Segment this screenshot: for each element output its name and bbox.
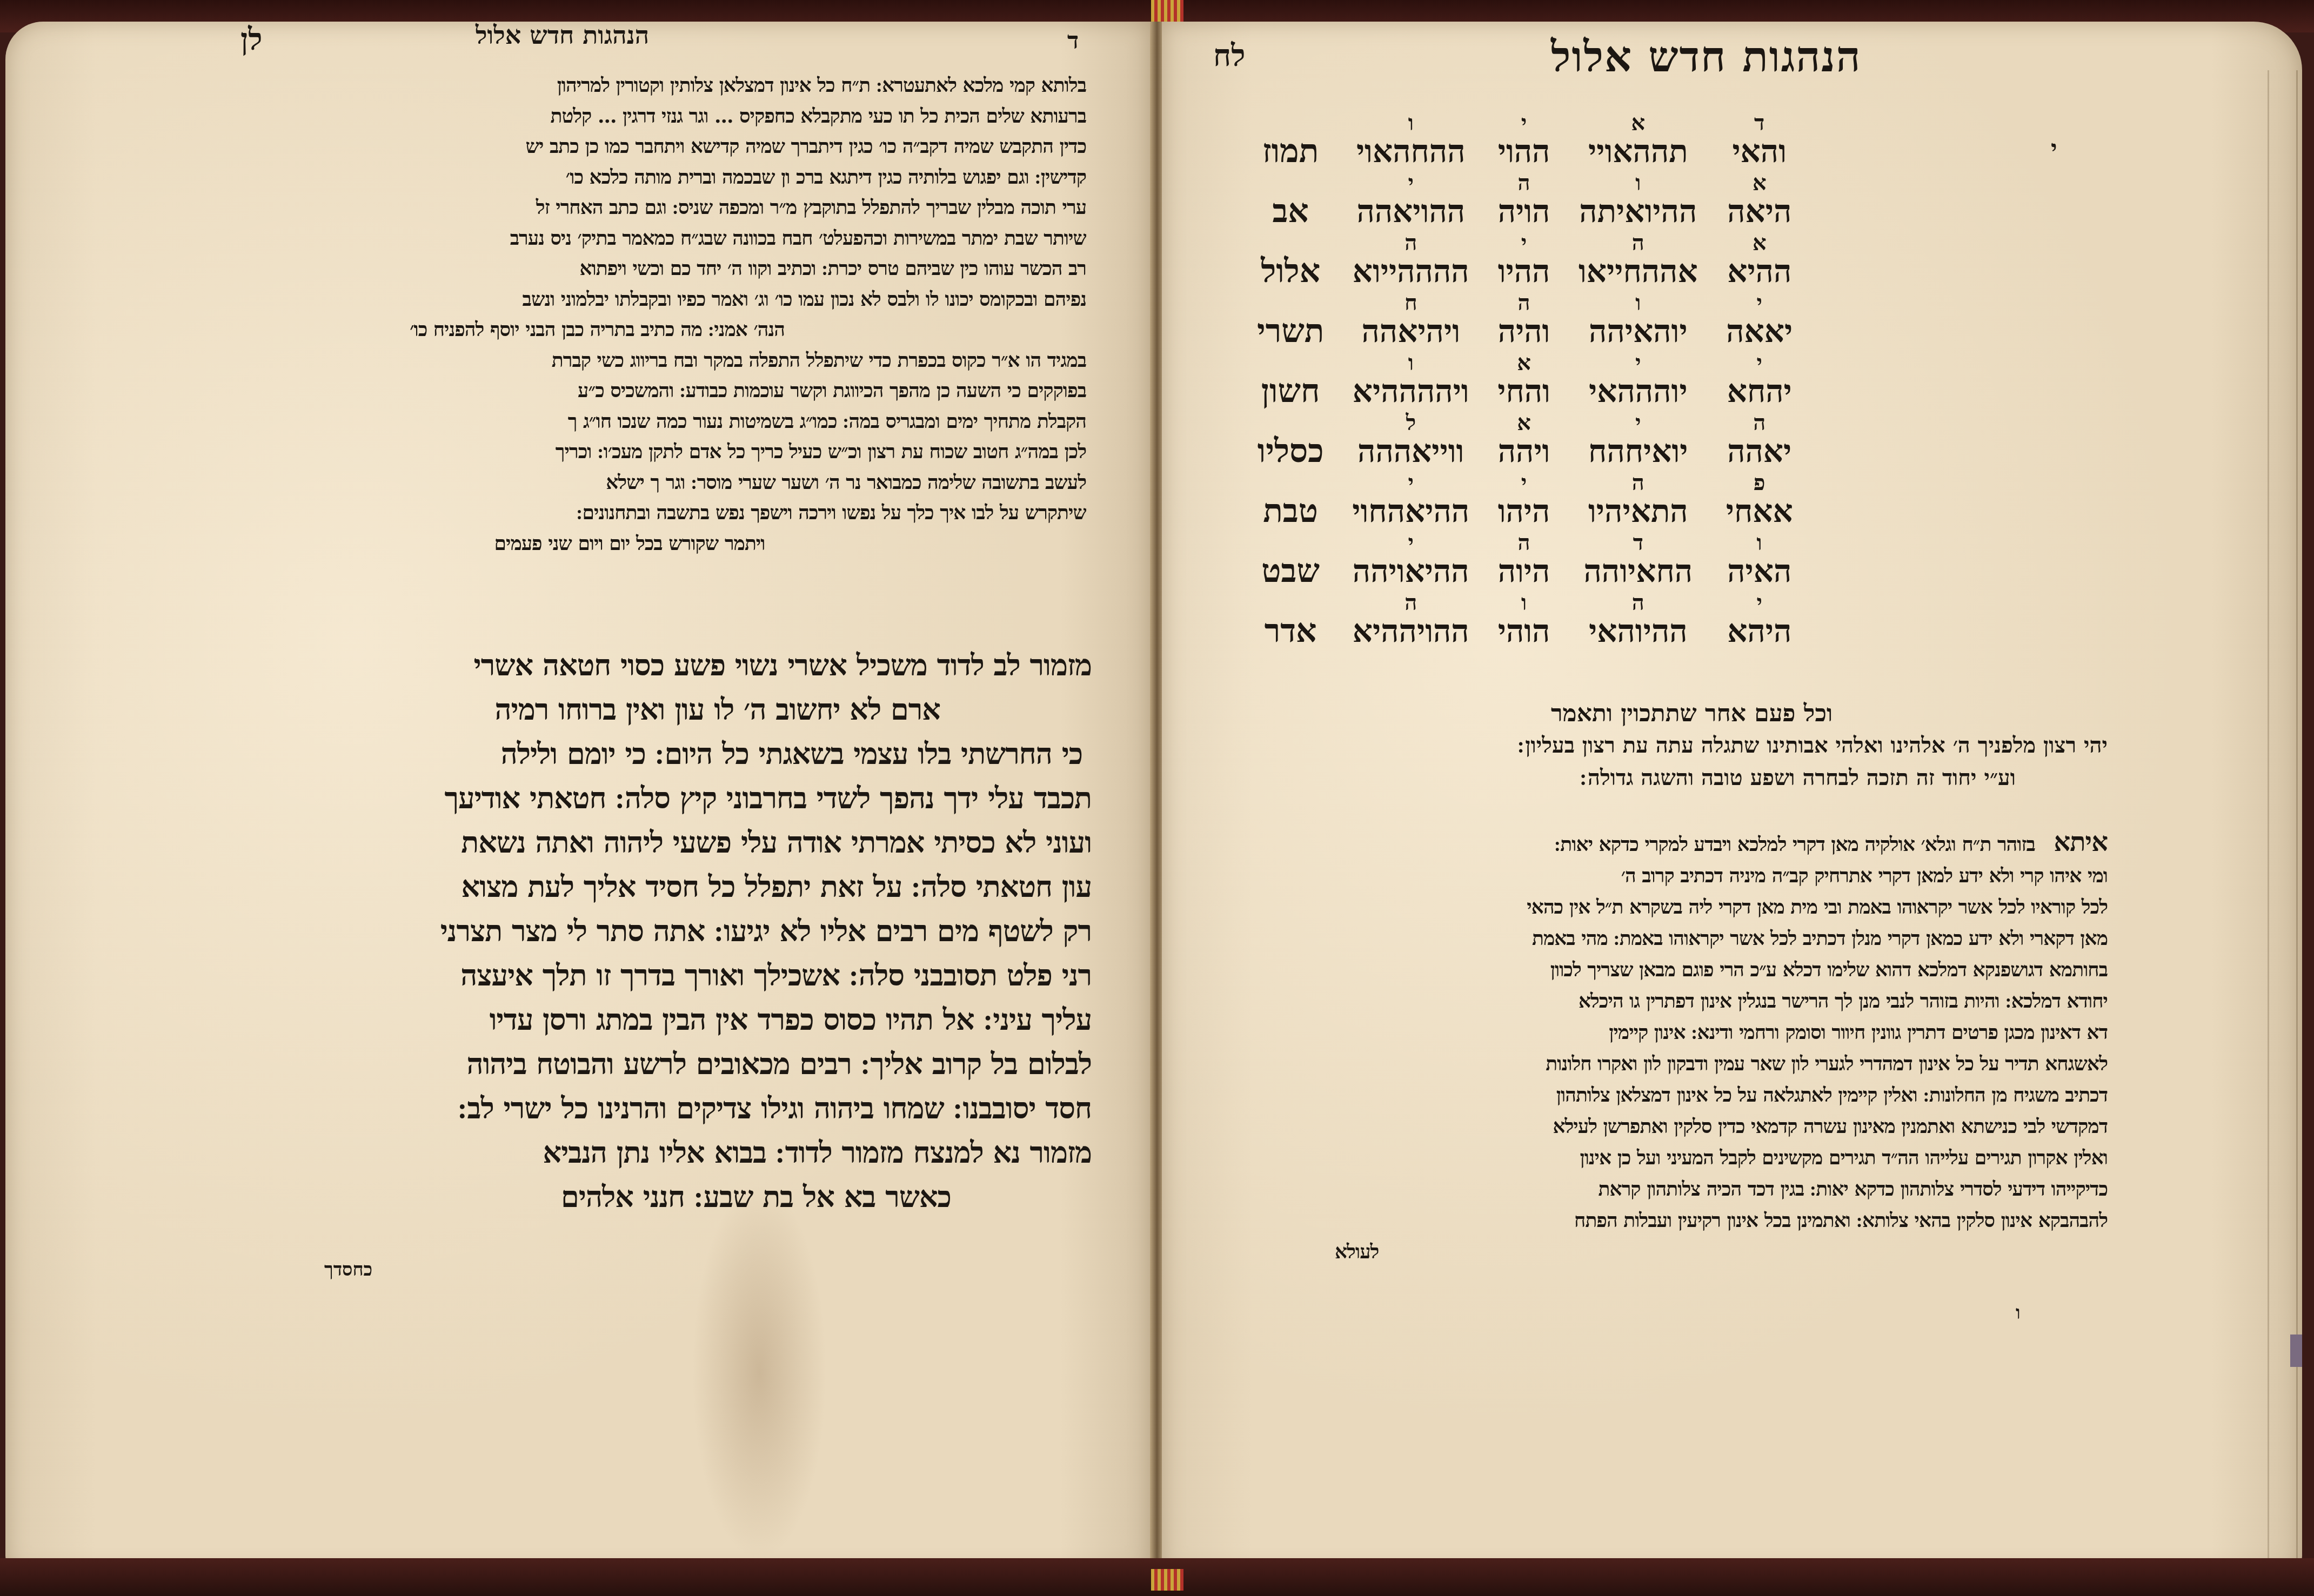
- name-combination: ההיאהחוי: [1352, 494, 1469, 528]
- superscript-letter: ו: [1521, 592, 1527, 614]
- name-combination: ויההההיא: [1353, 374, 1469, 408]
- month-name: תמוז: [1243, 108, 1338, 168]
- month-label: אב: [1272, 195, 1308, 228]
- commentary-line: שיותר שבת ימתר במשירות וכהפעלט׳ חבח בכוו…: [238, 223, 1086, 254]
- name-combination: יוהאיהה: [1589, 314, 1688, 348]
- name-combination: ההיוהאי: [1589, 614, 1688, 648]
- name-combination: יוהההאי: [1589, 374, 1688, 408]
- left-catchword: כחסדך: [324, 1259, 372, 1280]
- superscript-letter: ד: [1754, 112, 1764, 135]
- commentary-line: מאן דקארי ולא ידע כמאן דקרי מנלן דכתיב ל…: [1232, 923, 2108, 954]
- name-cell: אוהחי: [1483, 348, 1564, 408]
- name-combination: ההיואיתה: [1579, 195, 1697, 228]
- superscript-letter: י: [1408, 172, 1414, 195]
- superscript-letter: י: [1635, 412, 1641, 434]
- commentary-line: כדיקייהו דידעי לסדרי צלותהון כדקא יאות ׃…: [1232, 1173, 2108, 1205]
- commentary-line: רב הכשר עוהו כין שביהם טרס יכרת ׃ וכתיב …: [238, 253, 1086, 284]
- psalm-line: מזמור לב לדוד משכיל אשרי נשוי פשע כסוי ח…: [238, 643, 1092, 687]
- name-cell: ייאאה: [1712, 288, 1807, 348]
- psalm-line: ועוני לא כסיתי אמרתי אודה עלי פשעי ליהוה…: [238, 820, 1092, 864]
- name-combination: ההיא: [1727, 254, 1791, 288]
- month-name: תשרי: [1243, 288, 1338, 348]
- name-cell: ייהחא: [1712, 348, 1807, 408]
- superscript-letter: ו: [1757, 532, 1762, 554]
- month-label: חשון: [1261, 374, 1320, 408]
- commentary-line: ומי איהו קרי ולא ידע למאן דקרי אתרחיק קב…: [1232, 860, 2108, 891]
- month-label: תמוז: [1262, 135, 1319, 168]
- superscript-letter: פ: [1754, 472, 1765, 494]
- name-combination: התאיהיו: [1588, 494, 1688, 528]
- name-combination: והיה: [1498, 314, 1550, 348]
- psalm-line: רני פלט תסובבני סלה ׃ אשכילך ואורך בדרך …: [238, 953, 1092, 997]
- left-folio-mark: ד: [1067, 27, 1079, 55]
- commentary-line: יחודא דמלכא ׃ והיות בזוהר לנבי מנן לך הר…: [1232, 985, 2108, 1017]
- superscript-letter: ה: [1632, 472, 1644, 494]
- commentary-line: להבהבקא אינון סלקין בהאי צלותא ׃ ואתמינן…: [1232, 1205, 2108, 1236]
- commentary-line: לעולא: [1232, 1236, 2108, 1268]
- name-combination: והחי: [1497, 374, 1550, 408]
- superscript-letter: א: [1753, 172, 1767, 195]
- name-cell: יההיאהחוי: [1338, 468, 1483, 528]
- name-combination: אההחייאו: [1579, 254, 1698, 288]
- commentary-line: בפוקקים כי השעה כן מהפך הכיווגת וקשר עוכ…: [238, 375, 1086, 406]
- superscript-letter: ה: [1632, 232, 1644, 254]
- superscript-letter: א: [1753, 232, 1767, 254]
- name-combination: יאהה: [1727, 434, 1791, 468]
- name-cell: הההיוהאי: [1564, 588, 1712, 648]
- month-label: אלול: [1261, 254, 1320, 288]
- names-row: ייהחאייוהההאיאוהחיוויההההיאחשון: [1243, 348, 1807, 408]
- name-cell: ויוהאיהה: [1564, 288, 1712, 348]
- headband-top: [1151, 0, 1183, 22]
- superscript-letter: י: [1521, 472, 1527, 494]
- name-combination: היהא: [1727, 614, 1791, 648]
- name-combination: החאיוהה: [1583, 554, 1693, 588]
- superscript-letter: י: [1521, 232, 1527, 254]
- psalm-line: ארם לא יחשוב ה׳ לו עון ואין ברוחו רמיה: [238, 687, 1092, 732]
- psalm-line: לבלום בל קרוב אליך ׃ רבים מכאובים לרשע ו…: [238, 1042, 1092, 1086]
- name-combination: הוהי: [1498, 614, 1550, 648]
- name-combination: ההיאויהה: [1353, 554, 1469, 588]
- name-combination: יהחא: [1727, 374, 1792, 408]
- month-name: אב: [1243, 168, 1338, 228]
- name-combination: ההוי: [1498, 135, 1550, 168]
- left-commentary-block: בלותא קמי מלכא לאתעטרא ׃ ת״ח כל אינון דמ…: [238, 70, 1086, 559]
- superscript-letter: ו: [1408, 112, 1414, 135]
- superscript-letter: א: [1517, 412, 1531, 434]
- name-combination: היוה: [1498, 554, 1550, 588]
- commentary-line: לכל קוראיו לכל אשר יקראוהו באמת ובי מית …: [1232, 891, 2108, 923]
- superscript-letter: י: [1408, 532, 1414, 554]
- right-catchword: ו: [2016, 1302, 2021, 1324]
- commentary-line: לכן במה״ג חטוב שכוח עת רצון וכ״ש כעיל כר…: [238, 437, 1086, 467]
- name-combination: ההחהאוי: [1356, 135, 1466, 168]
- name-combination: ויהה: [1498, 434, 1550, 468]
- name-cell: יהיהא: [1712, 588, 1807, 648]
- psalm-line: כאשר בא אל בת שבע ׃ חנני אלהים: [238, 1175, 1092, 1219]
- name-cell: יהיהו: [1483, 468, 1564, 528]
- divine-names-table: דוהאיאתההאויייההויוההחהאויתמוזאהיאהוההיו…: [1243, 108, 1807, 648]
- headband-bottom: [1151, 1569, 1183, 1591]
- superscript-letter: ו: [1408, 352, 1414, 374]
- name-cell: ההיוה: [1483, 528, 1564, 588]
- left-running-head: הנהגות חדש אלול: [476, 21, 649, 50]
- month-name: טבת: [1243, 468, 1338, 528]
- page-tab: [2290, 1335, 2302, 1367]
- psalm-line: חסד יסובבנו ׃ שמחו ביהוה וגילו צדיקים וה…: [238, 1086, 1092, 1130]
- name-cell: פאאחי: [1712, 468, 1807, 528]
- month-name: אדר: [1243, 588, 1338, 648]
- names-row: יהיהאהההיוהאיוהוהיהההויההיאאדר: [1243, 588, 1807, 648]
- name-combination: האיה: [1727, 554, 1791, 588]
- name-cell: וההחהאוי: [1338, 108, 1483, 168]
- commentary-line: לאשגחא תדיר על כל אינון דמהדרי לגערי לון…: [1232, 1048, 2108, 1079]
- name-cell: וויההההיא: [1338, 348, 1483, 408]
- commentary-line: איתא בזוהר ת״ח וגלא׳ אולקיה מאן דקרי למל…: [1232, 827, 2108, 860]
- commentary-lead-word: איתא: [2054, 827, 2108, 857]
- commentary-line: נפיהם ובכקומס יכונו לו ולבס לא נכון עמו …: [238, 284, 1086, 315]
- name-cell: ההויה: [1483, 168, 1564, 228]
- commentary-line: בלותא קמי מלכא לאתעטרא ׃ ת״ח כל אינון דמ…: [238, 70, 1086, 101]
- superscript-letter: ה: [1518, 532, 1530, 554]
- name-combination: ויהיאהה: [1361, 314, 1460, 348]
- names-row: אהיאהוההיואיתהההויהיההויאההאב: [1243, 168, 1807, 228]
- commentary-center-line: הנה׳ אמני ׃ מה כתיב בתריה כבן הבני יוסף …: [238, 314, 1086, 345]
- name-combination: היאה: [1727, 195, 1791, 228]
- name-cell: חויהיאהה: [1338, 288, 1483, 348]
- name-combination: והאי: [1732, 135, 1787, 168]
- superscript-letter: ה: [1405, 232, 1417, 254]
- name-cell: יההיו: [1483, 228, 1564, 288]
- commentary-line: שיתקרש על לבו איך כלך על נפשו וירכה וישפ…: [238, 498, 1086, 528]
- month-name: כסליו: [1243, 408, 1338, 468]
- psalm-line: רק לשטף מים רבים אליו לא יגיעו ׃ אתה סתר…: [238, 909, 1092, 953]
- name-cell: יההיאויהה: [1338, 528, 1483, 588]
- names-row: פאאחיההתאיהיויהיהויההיאהחויטבת: [1243, 468, 1807, 528]
- superscript-letter: י: [1408, 472, 1414, 494]
- commentary-line: ואלין אקרון תגירים עלייהו הה״ד תגירים מק…: [1232, 1142, 2108, 1173]
- superscript-letter: ל: [1406, 412, 1416, 434]
- commentary-line: ויתמר שקורש בכל יום ויום שני פעמים: [238, 528, 1086, 559]
- superscript-letter: א: [1631, 112, 1645, 135]
- names-row: אההיאהאההחייאויההיוהההההייואאלול: [1243, 228, 1807, 288]
- commentary-line: דא דאינון מכגן פרטים דתרין גוונין חיוור …: [1232, 1017, 2108, 1048]
- name-cell: יההוי: [1483, 108, 1564, 168]
- name-cell: ייואיחהח: [1564, 408, 1712, 468]
- month-label: כסליו: [1258, 434, 1324, 468]
- name-cell: לווייאההה: [1338, 408, 1483, 468]
- commentary-line: ערי תוכה מבלין שבריך להתפלל בתוקבץ מ״ר ו…: [238, 192, 1086, 223]
- month-name: אלול: [1243, 228, 1338, 288]
- superscript-letter: י: [1756, 352, 1762, 374]
- prayer-line: יהי רצון מלפניך ה׳ אלהינו ואלהי אבותינו …: [1286, 729, 2108, 762]
- name-cell: ההתאיהיו: [1564, 468, 1712, 528]
- name-cell: דהחאיוהה: [1564, 528, 1712, 588]
- name-combination: תההאויי: [1588, 135, 1688, 168]
- right-commentary-block: איתא בזוהר ת״ח וגלא׳ אולקיה מאן דקרי למל…: [1232, 827, 2108, 1268]
- name-combination: הויה: [1498, 195, 1550, 228]
- name-cell: אויהה: [1483, 408, 1564, 468]
- commentary-line: ברעותא שלים הכית כל תו כעי מתקבלא כחפקיס…: [238, 101, 1086, 132]
- name-cell: דוהאי: [1712, 108, 1807, 168]
- superscript-letter: ו: [1635, 172, 1641, 195]
- name-combination: ההההייוא: [1353, 254, 1469, 288]
- commentary-line: במגיד הו א״ר כקוס בכפרת כדי שיתפלל התפלה…: [238, 345, 1086, 376]
- superscript-letter: ה: [1753, 412, 1765, 434]
- name-combination: ווייאההה: [1357, 434, 1464, 468]
- superscript-letter: ד: [1633, 532, 1643, 554]
- marginal-mark: י: [2051, 135, 2057, 163]
- name-combination: ההיו: [1498, 254, 1550, 288]
- superscript-letter: ח: [1405, 292, 1417, 314]
- name-cell: האההחייאו: [1564, 228, 1712, 288]
- prayer-line: וע״י יחוד זה תזכה לבחרה ושפע טובה והשגה …: [1286, 762, 2108, 794]
- month-name: שבט: [1243, 528, 1338, 588]
- superscript-letter: ו: [1635, 292, 1641, 314]
- names-row: דוהאיאתההאויייההויוההחהאויתמוז: [1243, 108, 1807, 168]
- psalm-block: מזמור לב לדוד משכיל אשרי נשוי פשע כסוי ח…: [238, 643, 1092, 1219]
- name-combination: היהו: [1498, 494, 1550, 528]
- name-combination: ההויאהה: [1356, 195, 1465, 228]
- instruction-line: וכל פעם אחר שתתכוין ותאמר: [1551, 700, 1833, 727]
- right-page-title: הנהגות חדש אלול: [1551, 32, 1862, 82]
- prayer-block: יהי רצון מלפניך ה׳ אלהינו ואלהי אבותינו …: [1286, 729, 2108, 794]
- psalm-line: תכבד עלי ידך נהפך לשדי בחרבוני קיץ סלה ׃…: [238, 776, 1092, 820]
- commentary-line: דמקדשי לבי כנישתא ואתמנין מאינון עשרה קד…: [1232, 1111, 2108, 1142]
- name-cell: וההיואיתה: [1564, 168, 1712, 228]
- commentary-line: לעשב בתשובה שלימה כמבואר נר ה׳ ושער שערי…: [238, 467, 1086, 498]
- psalm-line: עון חטאתי סלה ׃ על זאת יתפלל כל חסיד אלי…: [238, 864, 1092, 909]
- name-cell: יההויאהה: [1338, 168, 1483, 228]
- superscript-letter: א: [1517, 352, 1531, 374]
- right-page-marker: לח: [1213, 38, 1245, 73]
- month-label: אדר: [1265, 614, 1317, 648]
- psalm-line: ׃ כי החרשתי בלו עצמי בשאגתי כל היום ׃ כי…: [238, 732, 1092, 776]
- superscript-letter: ה: [1632, 592, 1644, 614]
- name-cell: היאהה: [1712, 408, 1807, 468]
- commentary-line: קדישין ׃ וגם יפגוש בלותיה כגין דיתגא ברכ…: [238, 162, 1086, 193]
- name-cell: הוהיה: [1483, 288, 1564, 348]
- name-cell: והוהי: [1483, 588, 1564, 648]
- left-page-number: לן: [240, 22, 262, 57]
- superscript-letter: י: [1756, 292, 1762, 314]
- water-stain: [692, 1183, 827, 1561]
- month-name: חשון: [1243, 348, 1338, 408]
- month-label: תשרי: [1257, 314, 1324, 348]
- names-row: והאיהדהחאיוההההיוהיההיאויההשבט: [1243, 528, 1807, 588]
- psalm-line: מזמור נא למנצח מזמור לדוד ׃ בבוא אליו נת…: [238, 1130, 1092, 1175]
- names-row: ייאאהויוהאיהההוהיהחויהיאההתשרי: [1243, 288, 1807, 348]
- name-cell: אהיאה: [1712, 168, 1807, 228]
- name-combination: אאחי: [1726, 494, 1793, 528]
- month-label: טבת: [1263, 494, 1318, 528]
- name-cell: והאיה: [1712, 528, 1807, 588]
- month-label: שבט: [1261, 554, 1320, 588]
- commentary-line: הקבלת מתחיך ימים ומבגריס במה ׃ כמו״ג בשמ…: [238, 406, 1086, 437]
- psalm-line: עליך עיני ׃ אל תהיו כסוס כפרד אין הבין ב…: [238, 997, 1092, 1042]
- superscript-letter: י: [1521, 112, 1527, 135]
- name-cell: אתההאויי: [1564, 108, 1712, 168]
- name-cell: אההיא: [1712, 228, 1807, 288]
- name-cell: ייוהההאי: [1564, 348, 1712, 408]
- commentary-line: בחותמא דגושפנקא דמלכא דהוא שלימו דכלא ע״…: [1232, 954, 2108, 985]
- superscript-letter: ה: [1405, 592, 1417, 614]
- names-row: היאההייואיחהחאויההלווייאהההכסליו: [1243, 408, 1807, 468]
- superscript-letter: י: [1756, 592, 1762, 614]
- superscript-letter: ה: [1518, 172, 1530, 195]
- name-combination: יואיחהח: [1588, 434, 1688, 468]
- name-cell: הההויההיא: [1338, 588, 1483, 648]
- name-combination: יאאה: [1726, 314, 1793, 348]
- superscript-letter: ה: [1518, 292, 1530, 314]
- name-combination: ההויההיא: [1353, 614, 1469, 648]
- name-cell: הההההייוא: [1338, 228, 1483, 288]
- superscript-letter: י: [1635, 352, 1641, 374]
- commentary-line: כדין התקבש שמיה דקב״ה כו׳ כגין דיתברך שמ…: [238, 131, 1086, 162]
- commentary-line: דכתיב משגיח מן החלונות ׃ ואלין קיימין לא…: [1232, 1079, 2108, 1111]
